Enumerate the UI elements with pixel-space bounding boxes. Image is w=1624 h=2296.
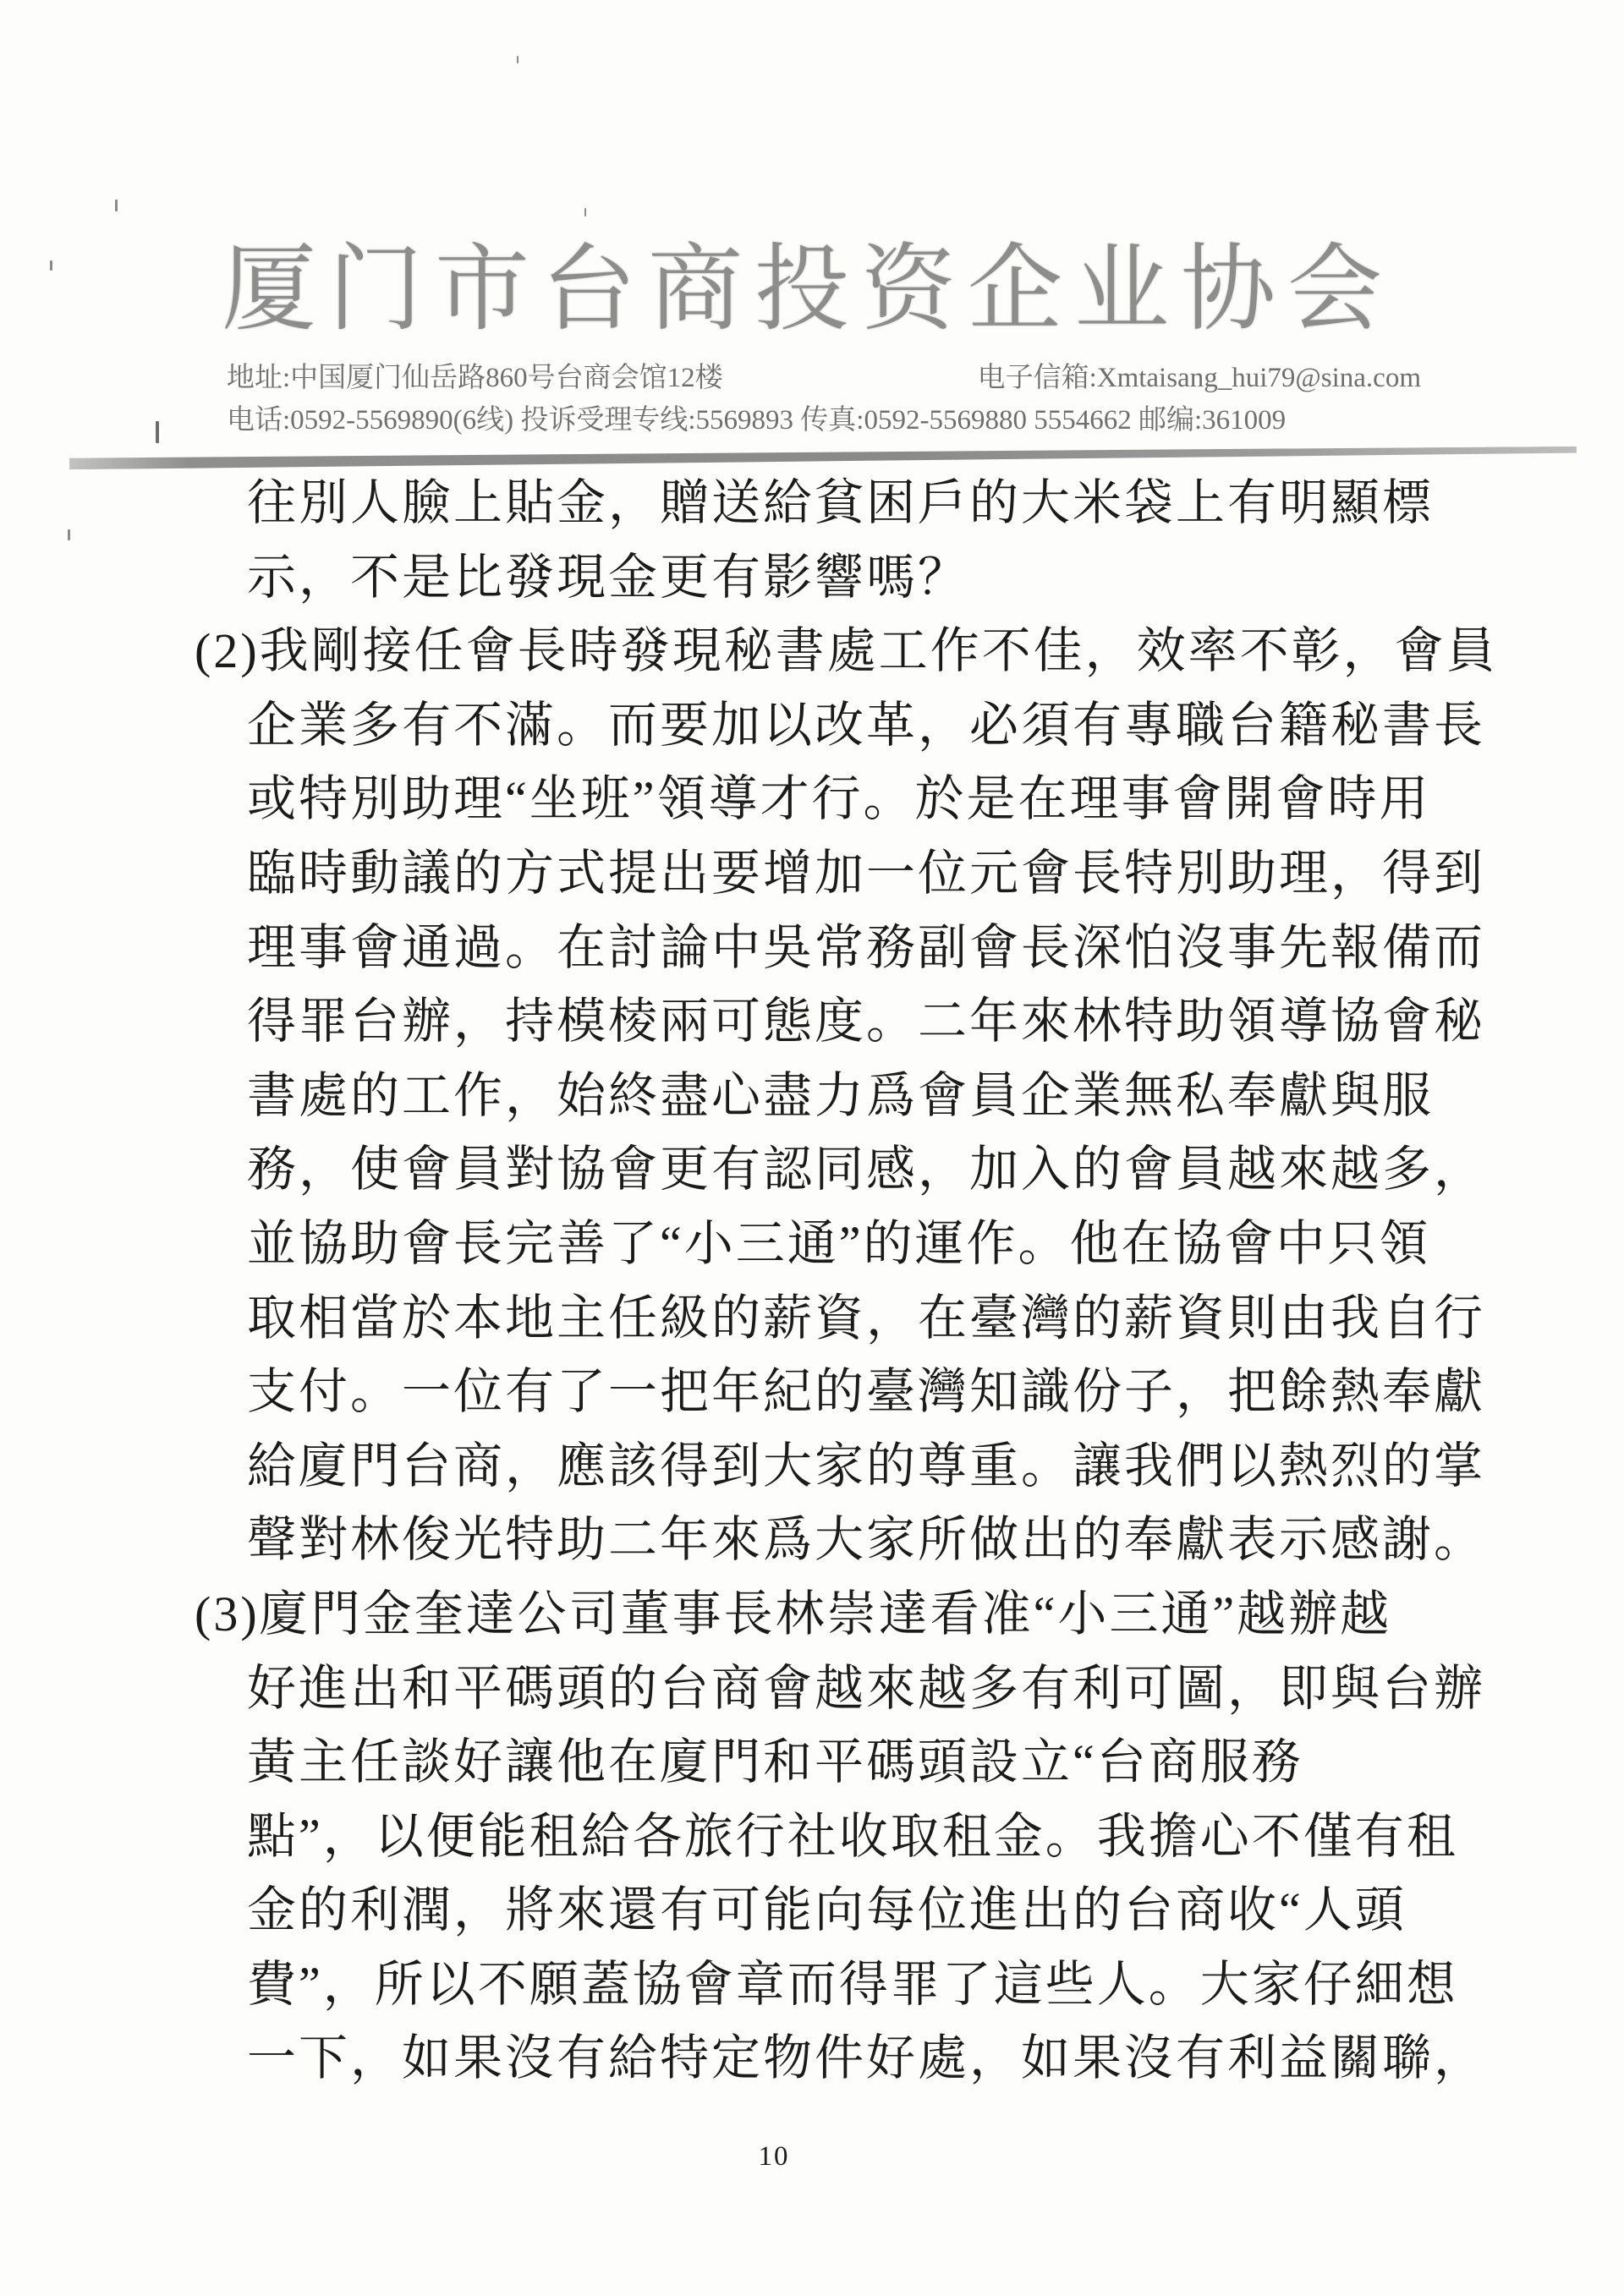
- letterhead-phone-fax-line: 电话:0592-5569890(6线) 投诉受理专线:5569893 传真:05…: [227, 397, 1421, 437]
- letterhead-email: 电子信箱:Xmtaisang_hui79@sina.com: [978, 355, 1421, 395]
- body-text: 往別人臉上貼金，贈送給貧困戶的大米袋上有明顯標 示，不是比發現金更有影響嗎？ (…: [195, 466, 1438, 2096]
- body-line: 費”，所以不願蓋協會章而得罪了這些人。大家仔細想: [195, 1948, 1438, 2022]
- body-line: 並協助會長完善了“小三通”的運作。他在協會中只領: [195, 1207, 1438, 1281]
- body-line: 臨時動議的方式提出要增加一位元會長特別助理，得到: [195, 836, 1438, 911]
- body-line: 黃主任談好讓他在廈門和平碼頭設立“台商服務: [195, 1725, 1438, 1800]
- body-line: 企業多有不滿。而要加以改革，必須有專職台籍秘書長: [195, 688, 1438, 763]
- scan-speck: [68, 529, 70, 540]
- organization-title: 厦门市台商投资企业协会: [222, 213, 1423, 349]
- body-line: 聲對林俊光特助二年來爲大家所做出的奉獻表示感謝。: [195, 1503, 1438, 1577]
- scan-speck: [517, 56, 518, 63]
- body-line-item-3-start: (3)廈門金奎達公司董事長林崇達看准“小三通”越辦越: [195, 1577, 1438, 1652]
- letterhead-address: 地址:中国厦门仙岳路860号台商会馆12楼: [227, 355, 723, 395]
- body-line: 得罪台辦，持模棱兩可態度。二年來林特助領導協會秘: [195, 984, 1438, 1059]
- scan-speck: [115, 200, 118, 211]
- letterhead-contact-row-1: 地址:中国厦门仙岳路860号台商会馆12楼 电子信箱:Xmtaisang_hui…: [227, 355, 1421, 395]
- body-line: 往別人臉上貼金，贈送給貧困戶的大米袋上有明顯標: [195, 466, 1438, 540]
- body-line: 示，不是比發現金更有影響嗎？: [195, 540, 1438, 615]
- scan-speck: [50, 260, 52, 271]
- body-line: 點”，以便能租給各旅行社收取租金。我擔心不僅有租: [195, 1800, 1438, 1874]
- scan-speck: [156, 421, 159, 443]
- scanned-document-page: 厦门市台商投资企业协会 地址:中国厦门仙岳路860号台商会馆12楼 电子信箱:X…: [0, 0, 1624, 2296]
- body-line: 好進出和平碼頭的台商會越來越多有利可圖，即與台辦: [195, 1652, 1438, 1726]
- body-line: 支付。一位有了一把年紀的臺灣知識份子，把餘熱奉獻: [195, 1355, 1438, 1429]
- body-line-item-2-start: (2)我剛接任會長時發現秘書處工作不佳，效率不彰，會員: [195, 614, 1438, 688]
- body-line: 理事會通過。在討論中吳常務副會長深怕沒事先報備而: [195, 911, 1438, 985]
- body-line: 或特別助理“坐班”領導才行。於是在理事會開會時用: [195, 762, 1438, 836]
- body-line: 給廈門台商，應該得到大家的尊重。讓我們以熱烈的掌: [195, 1429, 1438, 1504]
- body-line: 書處的工作，始終盡心盡力爲會員企業無私奉獻與服: [195, 1059, 1438, 1133]
- body-line: 取相當於本地主任級的薪資，在臺灣的薪資則由我自行: [195, 1281, 1438, 1356]
- body-line: 一下，如果沒有給特定物件好處，如果沒有利益關聯，: [195, 2021, 1438, 2096]
- page-number: 10: [723, 2141, 825, 2173]
- body-line: 金的利潤，將來還有可能向每位進出的台商收“人頭: [195, 1873, 1438, 1948]
- body-line: 務，使會員對協會更有認同感，加入的會員越來越多，: [195, 1132, 1438, 1207]
